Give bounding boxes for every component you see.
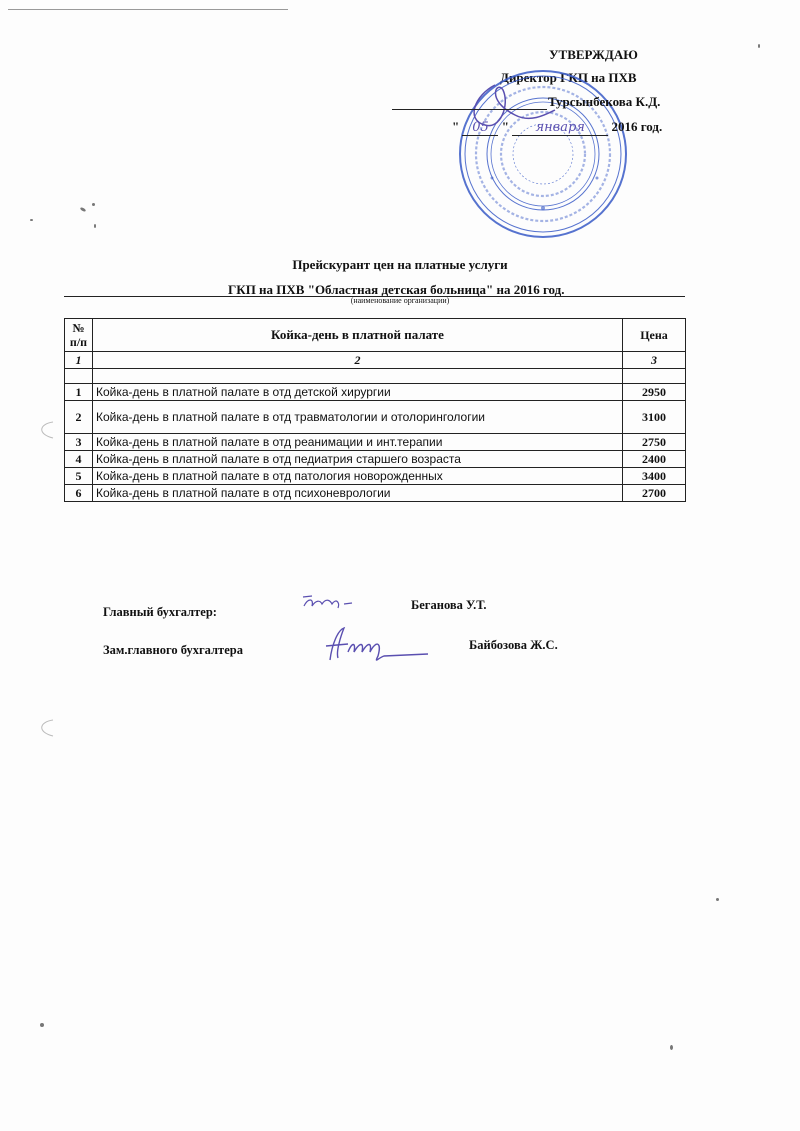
scan-speck [94,224,96,228]
row-service: Койка-день в платной палате в отд травма… [93,401,623,434]
row-num: 4 [65,451,93,468]
date-day: 05 [462,120,498,136]
scan-speck [92,203,95,206]
director-signature-line [392,109,547,110]
header-service: Койка-день в платной палате [93,319,623,352]
row-price: 3100 [623,401,686,434]
date-year: 2016 год. [611,119,662,134]
scan-speck [40,1023,44,1027]
row-price: 2750 [623,434,686,451]
chief-accountant-label: Главный бухгалтер: [103,605,217,620]
row-price: 2700 [623,485,686,502]
price-table: № п/п Койка-день в платной палате Цена 1… [64,318,686,502]
date-quote-close: " [502,119,509,134]
row-service: Койка-день в платной палате в отд психон… [93,485,623,502]
approval-name: Турсынбекова К.Д. [548,94,660,110]
deputy-accountant-signature-icon [318,624,430,664]
table-row: 4 Койка-день в платной палате в отд педи… [65,451,686,468]
row-price: 2950 [623,384,686,401]
organization-caption: (наименование организации) [0,296,800,305]
header-price: Цена [623,319,686,352]
row-price: 2400 [623,451,686,468]
index-col-1: 1 [65,352,93,369]
row-num: 5 [65,468,93,485]
approval-date: " 05 " января 2016 год. [452,119,662,136]
row-num: 2 [65,401,93,434]
scan-speck [758,44,760,48]
index-col-2: 2 [93,352,623,369]
approval-title: УТВЕРЖДАЮ [549,47,638,63]
date-month: января [512,120,608,136]
punch-hole-mark-icon [35,718,55,738]
chief-accountant-name: Беганова У.Т. [411,598,486,613]
empty-cell [93,369,623,384]
table-row: 1 Койка-день в платной палате в отд детс… [65,384,686,401]
document-title: Прейскурант цен на платные услуги [0,257,800,273]
date-quote-open: " [452,119,459,134]
row-service: Койка-день в платной палате в отд педиат… [93,451,623,468]
row-num: 6 [65,485,93,502]
table-index-row: 1 2 3 [65,352,686,369]
deputy-accountant-name: Байбозова Ж.С. [469,638,558,653]
row-service: Койка-день в платной палате в отд детско… [93,384,623,401]
empty-cell [65,369,93,384]
row-service: Койка-день в платной палате в отд патоло… [93,468,623,485]
index-col-3: 3 [623,352,686,369]
scan-speck [80,207,87,213]
scan-speck [670,1045,673,1050]
header-num: № п/п [65,319,93,352]
table-row: 6 Койка-день в платной палате в отд псих… [65,485,686,502]
empty-cell [623,369,686,384]
scan-edge-line [8,9,288,10]
table-row: 5 Койка-день в платной палате в отд пато… [65,468,686,485]
punch-hole-mark-icon [35,420,55,440]
scan-speck [716,898,719,901]
chief-accountant-signature-icon [300,592,355,612]
scan-speck [30,219,33,221]
row-service: Койка-день в платной палате в отд реаним… [93,434,623,451]
row-num: 1 [65,384,93,401]
row-price: 3400 [623,468,686,485]
table-empty-row [65,369,686,384]
table-row: 2 Койка-день в платной палате в отд трав… [65,401,686,434]
table-row: 3 Койка-день в платной палате в отд реан… [65,434,686,451]
row-num: 3 [65,434,93,451]
table-header-row: № п/п Койка-день в платной палате Цена [65,319,686,352]
deputy-accountant-label: Зам.главного бухгалтера [103,643,243,658]
